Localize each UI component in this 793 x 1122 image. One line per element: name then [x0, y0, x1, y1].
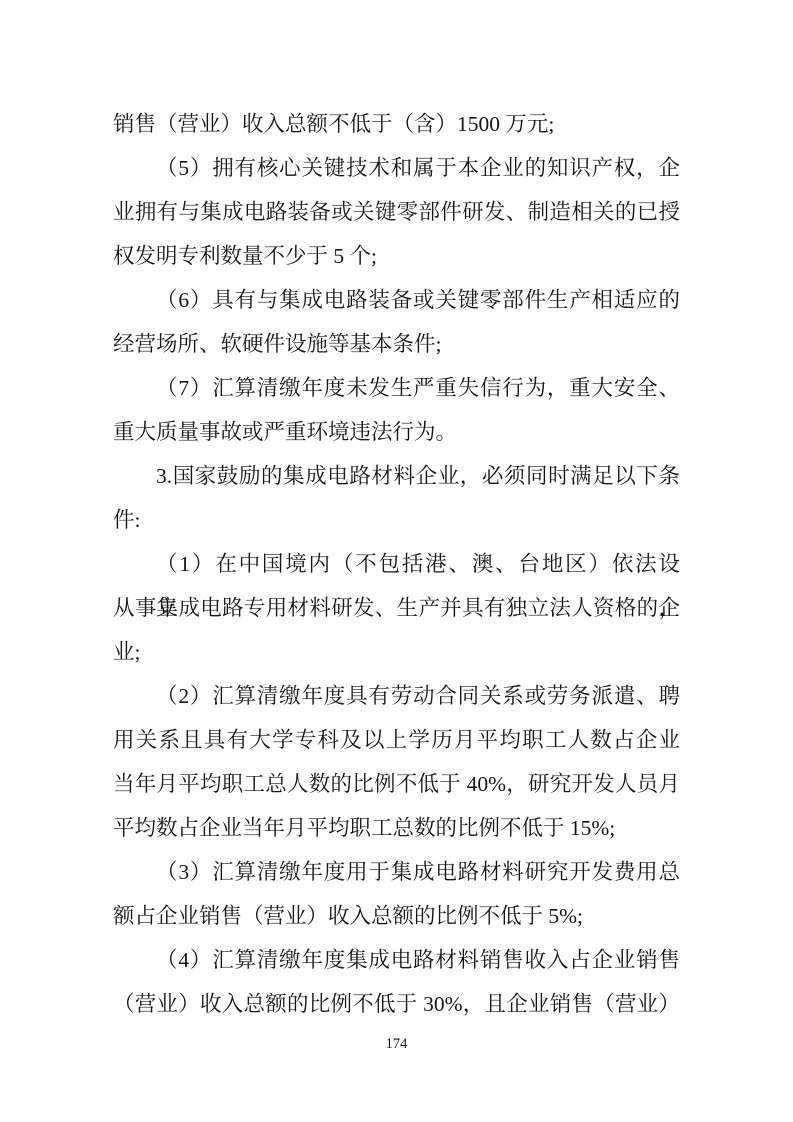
document-body: 销售（营业）收入总额不低于（含）1500 万元; （5）拥有核心关键技术和属于本…: [113, 102, 680, 1026]
text-line: 业;: [113, 630, 680, 674]
text-line: 平均数占企业当年月平均职工总数的比例不低于 15%;: [113, 806, 680, 850]
text-line: （4）汇算清缴年度集成电路材料销售收入占企业销售: [113, 938, 680, 982]
text-line: 业拥有与集成电路装备或关键零部件研发、制造相关的已授: [113, 190, 680, 234]
text-line: （3）汇算清缴年度用于集成电路材料研究开发费用总: [113, 850, 680, 894]
text-line: 经营场所、软硬件设施等基本条件;: [113, 322, 680, 366]
text-line: （1）在中国境内（不包括港、澳、台地区）依法设立，: [113, 542, 680, 586]
text-line: 从事集成电路专用材料研发、生产并具有独立法人资格的企: [113, 586, 680, 630]
text-line: 权发明专利数量不少于 5 个;: [113, 234, 680, 278]
text-line: 3.国家鼓励的集成电路材料企业，必须同时满足以下条: [113, 454, 680, 498]
text-line: （5）拥有核心关键技术和属于本企业的知识产权，企: [113, 146, 680, 190]
text-line: 销售（营业）收入总额不低于（含）1500 万元;: [113, 102, 680, 146]
document-page: 销售（营业）收入总额不低于（含）1500 万元; （5）拥有核心关键技术和属于本…: [0, 0, 793, 1122]
text-line: （7）汇算清缴年度未发生严重失信行为，重大安全、: [113, 366, 680, 410]
text-line: 件:: [113, 498, 680, 542]
text-line: 额占企业销售（营业）收入总额的比例不低于 5%;: [113, 894, 680, 938]
text-line: 用关系且具有大学专科及以上学历月平均职工人数占企业: [113, 718, 680, 762]
text-line: （6）具有与集成电路装备或关键零部件生产相适应的: [113, 278, 680, 322]
text-line: （营业）收入总额的比例不低于 30%，且企业销售（营业）: [113, 982, 680, 1026]
text-line: 当年月平均职工总人数的比例不低于 40%，研究开发人员月: [113, 762, 680, 806]
text-line: （2）汇算清缴年度具有劳动合同关系或劳务派遣、聘: [113, 674, 680, 718]
page-number: 174: [0, 1034, 793, 1054]
text-line: 重大质量事故或严重环境违法行为。: [113, 410, 680, 454]
